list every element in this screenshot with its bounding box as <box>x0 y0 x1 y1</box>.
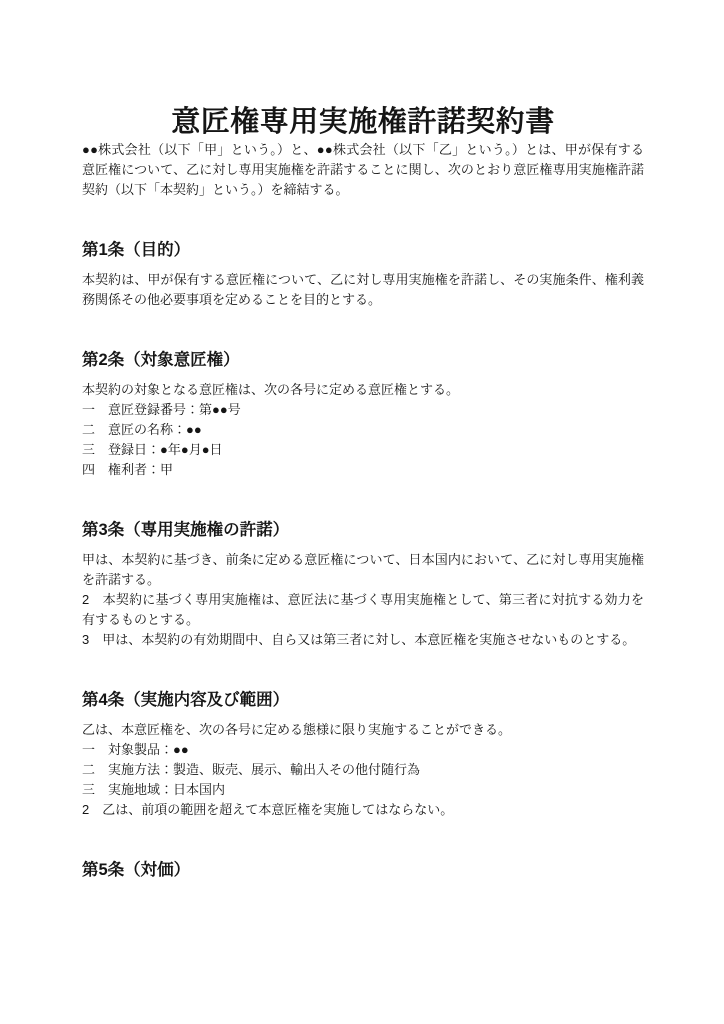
article-2-heading: 第2条（対象意匠権） <box>82 348 644 372</box>
contract-document-page: 意匠権専用実施権許諾契約書 ●●株式会社（以下「甲」という。）と、●●株式会社（… <box>0 0 724 1024</box>
article-5: 第5条（対価） <box>82 858 644 882</box>
article-4: 第4条（実施内容及び範囲） 乙は、本意匠権を、次の各号に定める態様に限り実施する… <box>82 688 644 820</box>
list-item: 一 対象製品：●● <box>82 740 644 760</box>
list-item: 三 実施地域：日本国内 <box>82 780 644 800</box>
article-2: 第2条（対象意匠権） 本契約の対象となる意匠権は、次の各号に定める意匠権とする。… <box>82 348 644 480</box>
preamble-paragraph: ●●株式会社（以下「甲」という。）と、●●株式会社（以下「乙」という。）とは、甲… <box>82 140 644 200</box>
article-3-paragraph-1: 甲は、本契約に基づき、前条に定める意匠権について、日本国内において、乙に対し専用… <box>82 550 644 590</box>
article-4-item-list: 一 対象製品：●● 二 実施方法：製造、販売、展示、輸出入その他付随行為 三 実… <box>82 740 644 800</box>
article-2-intro: 本契約の対象となる意匠権は、次の各号に定める意匠権とする。 <box>82 380 644 400</box>
list-item: 三 登録日：●年●月●日 <box>82 440 644 460</box>
article-1: 第1条（目的） 本契約は、甲が保有する意匠権について、乙に対し専用実施権を許諾し… <box>82 238 644 310</box>
article-3-paragraph-2: 2 本契約に基づく専用実施権は、意匠法に基づく専用実施権として、第三者に対抗する… <box>82 590 644 630</box>
article-2-item-list: 一 意匠登録番号：第●●号 二 意匠の名称：●● 三 登録日：●年●月●日 四 … <box>82 400 644 480</box>
article-1-paragraph: 本契約は、甲が保有する意匠権について、乙に対し専用実施権を許諾し、その実施条件、… <box>82 270 644 310</box>
article-3: 第3条（専用実施権の許諾） 甲は、本契約に基づき、前条に定める意匠権について、日… <box>82 518 644 650</box>
list-item: 一 意匠登録番号：第●●号 <box>82 400 644 420</box>
list-item: 四 権利者：甲 <box>82 460 644 480</box>
list-item: 二 意匠の名称：●● <box>82 420 644 440</box>
article-3-heading: 第3条（専用実施権の許諾） <box>82 518 644 542</box>
article-4-intro: 乙は、本意匠権を、次の各号に定める態様に限り実施することができる。 <box>82 720 644 740</box>
article-4-paragraph-2: 2 乙は、前項の範囲を超えて本意匠権を実施してはならない。 <box>82 800 644 820</box>
document-title: 意匠権専用実施権許諾契約書 <box>82 104 644 140</box>
article-5-heading: 第5条（対価） <box>82 858 644 882</box>
article-1-heading: 第1条（目的） <box>82 238 644 262</box>
list-item: 二 実施方法：製造、販売、展示、輸出入その他付随行為 <box>82 760 644 780</box>
article-4-heading: 第4条（実施内容及び範囲） <box>82 688 644 712</box>
article-3-paragraph-3: 3 甲は、本契約の有効期間中、自ら又は第三者に対し、本意匠権を実施させないものと… <box>82 630 644 650</box>
